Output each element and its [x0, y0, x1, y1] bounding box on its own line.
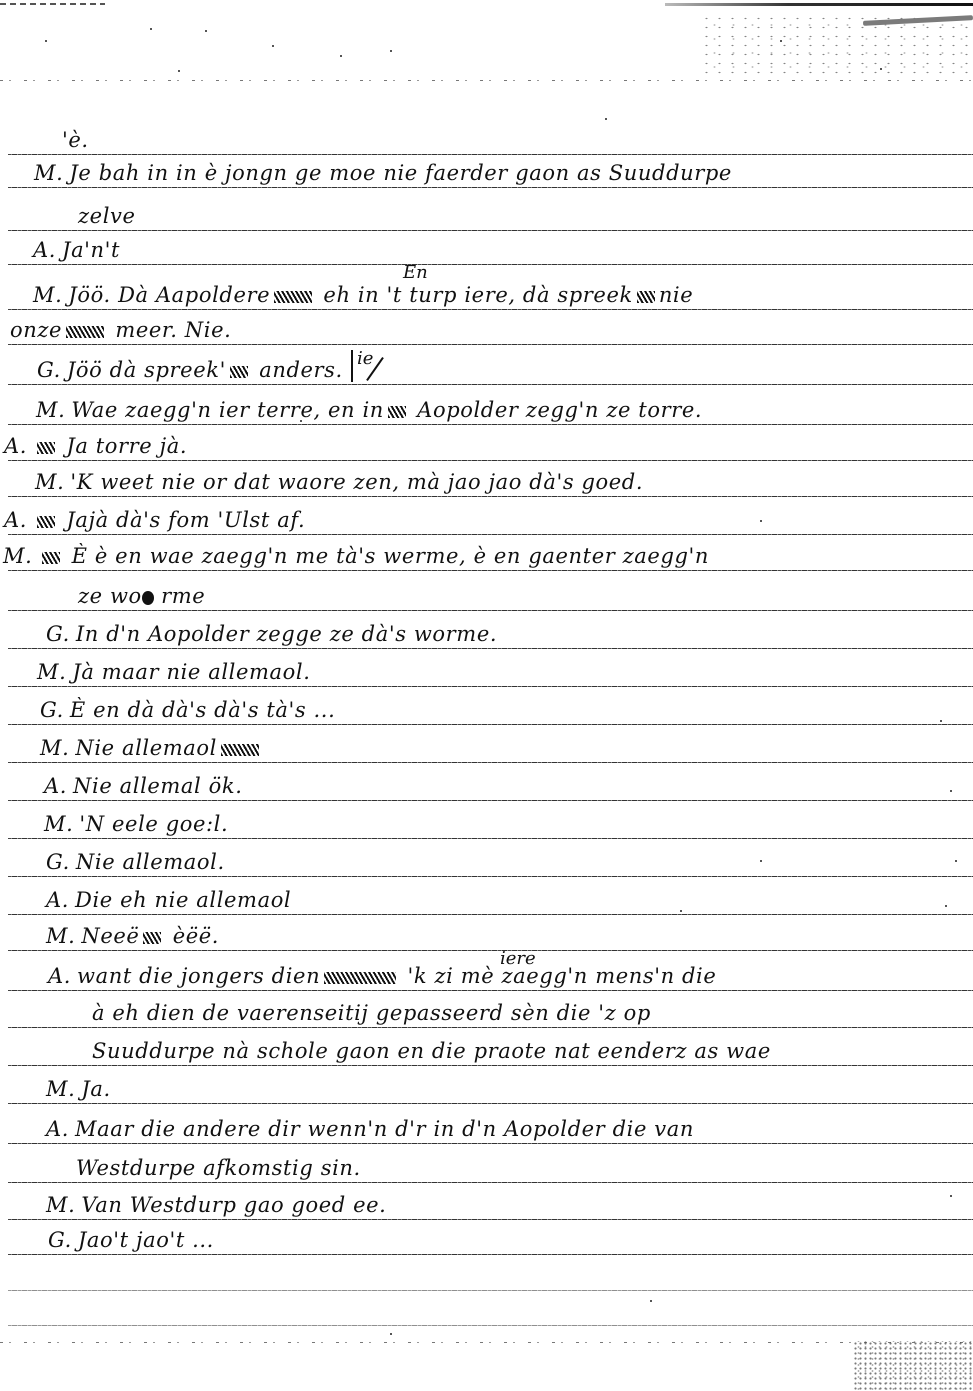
speaker-label: M.	[3, 544, 32, 568]
scan-speck	[300, 420, 302, 422]
scan-speck	[272, 45, 274, 47]
line-text: Jao't jao't ...	[78, 1228, 214, 1252]
speaker-label: A.	[48, 964, 71, 988]
ruled-line	[8, 384, 973, 385]
scan-speck	[780, 40, 782, 42]
speaker-label: A.	[44, 774, 67, 798]
ruled-line	[8, 1027, 973, 1028]
transcript-line: A.want die jongers dien 'k zi mè zaegg'n…	[48, 964, 716, 988]
line-text: È è en wae zaegg'n me tà's werme, è en g…	[64, 544, 709, 568]
speaker-label: G.	[48, 1228, 72, 1252]
line-text: Nie allemal ök.	[73, 774, 242, 798]
ruled-line	[8, 1182, 973, 1183]
ink-blot	[142, 591, 154, 605]
ruled-line	[8, 800, 973, 801]
speaker-label: A.	[4, 508, 27, 532]
scan-speck	[950, 1195, 952, 1197]
line-text: Maar die andere dir wenn'n d'r in d'n Ao…	[75, 1117, 694, 1141]
line-text: ze wo	[78, 584, 142, 608]
transcript-line: M.Van Westdurp gao goed ee.	[46, 1193, 386, 1217]
transcript-line: A. Ja torre jà.	[4, 434, 187, 458]
speaker-label: M.	[46, 1077, 75, 1101]
ruled-line	[8, 950, 973, 951]
transcript-line: M.'K weet nie or dat waore zen, mà jao j…	[35, 470, 643, 494]
line-text-continued: èëë.	[165, 924, 219, 948]
ruled-line	[8, 610, 973, 611]
ruled-line	[8, 990, 973, 991]
transcript-line: M.Nie allemaol	[40, 736, 263, 760]
line-text-continued: 'k zi mè zaegg'n mens'n die	[400, 964, 716, 988]
ruled-line	[8, 1290, 973, 1291]
line-text: Ja torre jà.	[59, 434, 187, 458]
scan-speck	[950, 790, 952, 792]
transcript-line: G.Nie allemaol.	[46, 850, 225, 874]
ruled-line	[8, 762, 973, 763]
transcript-line: M.Ja.	[46, 1077, 111, 1101]
line-text: 'è.	[62, 128, 89, 152]
scan-speck	[150, 28, 152, 30]
ruled-line	[8, 1325, 973, 1326]
line-text-continued: anders.	[252, 358, 343, 382]
line-text-continued: eh in 't turp iere, dà spreek	[316, 283, 633, 307]
top-scan-edge	[665, 3, 973, 6]
ruled-line	[8, 686, 973, 687]
transcript-line: ze wo rme	[78, 584, 205, 608]
speaker-label: A.	[46, 1117, 69, 1141]
line-text: Je bah in in è jongn ge moe nie faerder …	[69, 161, 732, 185]
ruled-line	[8, 496, 973, 497]
speaker-label: M.	[33, 283, 62, 307]
crossed-out-scribble	[143, 932, 161, 944]
speaker-label: M.	[46, 924, 75, 948]
transcript-line: M.Neeë èëë.	[46, 924, 219, 948]
scan-speck	[178, 70, 180, 72]
crossed-out-scribble	[221, 744, 259, 756]
line-text: Ja.	[81, 1077, 110, 1101]
line-text: Ja'n't	[62, 238, 120, 262]
transcript-line: M.'N eele goe:l.	[44, 812, 228, 836]
transcript-line: G.Jao't jao't ...	[48, 1228, 214, 1252]
scan-speck	[955, 860, 957, 862]
insertion-en: En	[403, 262, 428, 283]
crossed-out-scribble	[637, 291, 655, 303]
transcript-line: à eh dien de vaerenseitij gepasseerd sèn…	[92, 1001, 651, 1025]
crossed-out-scribble	[37, 442, 55, 454]
ruled-line	[8, 460, 973, 461]
scan-speck	[205, 30, 207, 32]
line-text: want die jongers dien	[77, 964, 320, 988]
speaker-label: M.	[44, 812, 73, 836]
scan-speck	[760, 860, 762, 862]
ruled-line	[8, 1254, 973, 1255]
transcript-line: G.È en dà dà's dà's tà's ...	[40, 698, 335, 722]
crossed-out-scribble	[388, 406, 406, 418]
ruled-line	[8, 344, 973, 345]
crossed-out-scribble	[274, 291, 312, 303]
scan-speck	[390, 1333, 392, 1335]
ruled-line	[8, 1065, 973, 1066]
line-text: à eh dien de vaerenseitij gepasseerd sèn…	[92, 1001, 651, 1025]
scan-speck	[680, 910, 682, 912]
line-text: 'N eele goe:l.	[79, 812, 228, 836]
line-text-continued: Aopolder zegg'n ze torre.	[410, 398, 702, 422]
speaker-label: A.	[46, 888, 69, 912]
ruled-line	[8, 230, 973, 231]
speaker-label: A.	[4, 434, 27, 458]
crossed-out-scribble	[42, 552, 60, 564]
ruled-line	[8, 424, 973, 425]
scan-speck	[760, 520, 762, 522]
transcript-line: A.Nie allemal ök.	[44, 774, 243, 798]
insertion-ie: ie	[357, 348, 373, 369]
line-text: Van Westdurp gao goed ee.	[81, 1193, 386, 1217]
line-text: In d'n Aopolder zegge ze dà's worme.	[76, 622, 497, 646]
transcript-line: A.Maar die andere dir wenn'n d'r in d'n …	[46, 1117, 694, 1141]
line-text: 'K weet nie or dat waore zen, mà jao jao…	[70, 470, 643, 494]
scan-speck	[390, 50, 392, 52]
transcript-line: zelve	[78, 204, 136, 228]
line-text: Jöö. Dà Aapoldere	[68, 283, 270, 307]
ruled-line	[8, 154, 973, 155]
transcript-line: A.Die eh nie allemaol	[46, 888, 291, 912]
transcript-line: M. È è en wae zaegg'n me tà's werme, è e…	[3, 544, 709, 568]
line-text-tail: nie	[659, 283, 693, 307]
line-text: Wae zaegg'n ier terre, en in	[71, 398, 384, 422]
ruled-line	[8, 648, 973, 649]
ruled-line	[8, 570, 973, 571]
scan-noise-bottom-right	[853, 1341, 973, 1391]
scanned-page: 'è.M.Je bah in in è jongn ge moe nie fae…	[0, 0, 973, 1391]
scan-speck	[945, 905, 947, 907]
speaker-label: A.	[33, 238, 56, 262]
ruled-line	[8, 309, 973, 310]
scan-noise-top-right	[700, 14, 973, 74]
speaker-label: M.	[46, 1193, 75, 1217]
line-text: È en dà dà's dà's tà's ...	[70, 698, 335, 722]
transcript-line: Westdurpe afkomstig sin.	[76, 1156, 361, 1180]
line-text: onze	[10, 318, 62, 342]
line-text: Suuddurpe nà schole gaon en die praote n…	[92, 1039, 771, 1063]
scan-speck	[340, 55, 342, 57]
line-text: zelve	[78, 204, 136, 228]
header-dotted-rule	[0, 80, 973, 81]
ruled-line	[8, 724, 973, 725]
transcript-line: G.In d'n Aopolder zegge ze dà's worme.	[46, 622, 497, 646]
speaker-label: G.	[40, 698, 64, 722]
line-text: Westdurpe afkomstig sin.	[76, 1156, 361, 1180]
transcript-line: onze meer. Nie.	[10, 318, 231, 342]
line-text-continued: rme	[154, 584, 205, 608]
speaker-label: M.	[34, 161, 63, 185]
line-text: Nie allemaol.	[76, 850, 225, 874]
transcript-line: 'è.	[62, 128, 89, 152]
insertion-iere: iere	[500, 948, 536, 969]
scan-speck	[880, 68, 882, 70]
transcript-line: M.Jà maar nie allemaol.	[37, 660, 310, 684]
transcript-line: M.Wae zaegg'n ier terre, en in Aopolder …	[36, 398, 702, 422]
footer-dotted-rule	[0, 1342, 973, 1343]
ruled-line	[8, 264, 973, 265]
ruled-line	[8, 876, 973, 877]
line-text: Nie allemaol	[75, 736, 217, 760]
line-text: Jà maar nie allemaol.	[72, 660, 310, 684]
ruled-line	[8, 187, 973, 188]
scan-speck	[605, 118, 607, 120]
crossed-out-scribble	[66, 326, 104, 338]
crossed-out-scribble	[230, 366, 248, 378]
line-text: Jöö dà spreek'	[67, 358, 226, 382]
scan-speck	[650, 1300, 652, 1302]
ruled-line	[8, 838, 973, 839]
ruled-line	[8, 534, 973, 535]
scan-speck	[940, 720, 942, 722]
top-dashed-edge	[0, 3, 105, 5]
ruled-line	[8, 1219, 973, 1220]
insertion-caret-ie	[351, 350, 353, 382]
line-text: Jajà dà's fom 'Ulst af.	[59, 508, 305, 532]
speaker-label: G.	[46, 622, 70, 646]
speaker-label: M.	[35, 470, 64, 494]
crossed-out-scribble	[324, 972, 396, 984]
speaker-label: G.	[37, 358, 61, 382]
ruled-line	[8, 914, 973, 915]
line-text: Neeë	[81, 924, 139, 948]
transcript-line: G.Jöö dà spreek' anders.	[37, 358, 343, 382]
ruled-line	[8, 1143, 973, 1144]
ruled-line	[8, 1103, 973, 1104]
crossed-out-scribble	[37, 516, 55, 528]
scan-speck	[45, 40, 47, 42]
speaker-label: M.	[36, 398, 65, 422]
transcript-line: A.Ja'n't	[33, 238, 120, 262]
transcript-line: Suuddurpe nà schole gaon en die praote n…	[92, 1039, 771, 1063]
transcript-line: M.Jöö. Dà Aapoldere eh in 't turp iere, …	[33, 283, 693, 307]
transcript-line: A. Jajà dà's fom 'Ulst af.	[4, 508, 305, 532]
line-text: Die eh nie allemaol	[75, 888, 291, 912]
line-text-continued: meer. Nie.	[108, 318, 231, 342]
transcript-line: M.Je bah in in è jongn ge moe nie faerde…	[34, 161, 732, 185]
speaker-label: M.	[40, 736, 69, 760]
speaker-label: G.	[46, 850, 70, 874]
speaker-label: M.	[37, 660, 66, 684]
